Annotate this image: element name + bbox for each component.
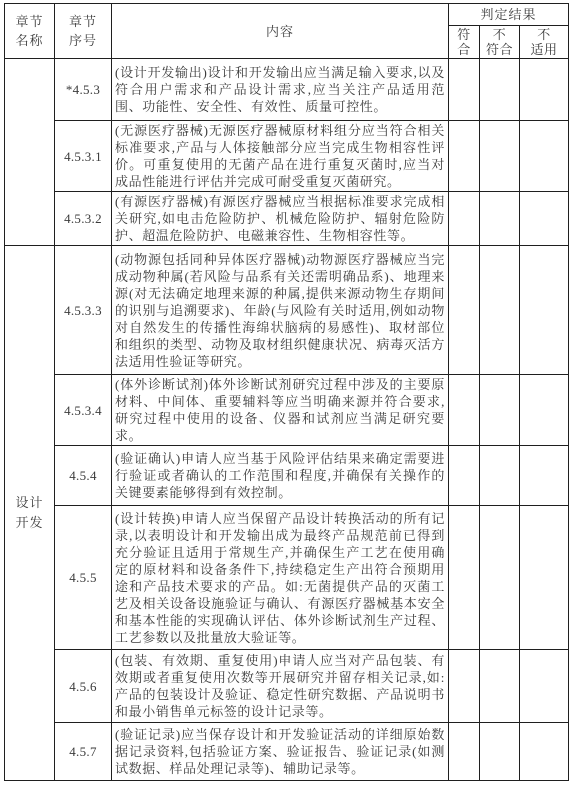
not-applicable-cell bbox=[520, 723, 569, 781]
header-chapter-name: 章节 名称 bbox=[5, 4, 55, 59]
not-conform-cell bbox=[480, 121, 520, 192]
table-row: *4.5.3 (设计开发输出)设计和开发输出应当满足输入要求,以及符合用户需求和… bbox=[5, 59, 569, 121]
table-row: 4.5.3.4 (体外诊断试剂)体外诊断试剂研究过程中涉及的主要原材料、中间体、… bbox=[5, 375, 569, 446]
table-row: 4.5.5 (设计转换)申请人应当保留产品设计转换活动的所有记录,以表明设计和开… bbox=[5, 506, 569, 650]
content-cell: (包装、有效期、重复使用)申请人应当对产品包装、有效期或者重复使用次数等开展研究… bbox=[112, 650, 449, 723]
conform-cell bbox=[449, 650, 480, 723]
conform-cell bbox=[449, 246, 480, 375]
chapter-number-cell: 4.5.7 bbox=[55, 723, 112, 781]
conform-cell bbox=[449, 446, 480, 506]
assessment-table: 章节 名称 章节 序号 内容 判定结果 符 合 不 符合 不 适用 *4.5.3… bbox=[4, 3, 569, 781]
not-conform-cell bbox=[480, 446, 520, 506]
conform-cell bbox=[449, 375, 480, 446]
chapter-name-cell-design-development: 设计 开发 bbox=[5, 246, 55, 781]
content-cell: (验证确认)申请人应当基于风险评估结果来确定需要进行验证或者确认的工作范围和程度… bbox=[112, 446, 449, 506]
header-content: 内容 bbox=[112, 4, 449, 59]
not-applicable-cell bbox=[520, 375, 569, 446]
table-row: 4.5.3.1 (无源医疗器械)无源医疗器械原材料组分应当符合相关标准要求,产品… bbox=[5, 121, 569, 192]
not-conform-cell bbox=[480, 506, 520, 650]
not-conform-cell bbox=[480, 723, 520, 781]
table-row: 设计 开发 4.5.3.3 (动物源包括同种异体医疗器械)动物源医疗器械应当完成… bbox=[5, 246, 569, 375]
not-applicable-cell bbox=[520, 506, 569, 650]
conform-cell bbox=[449, 506, 480, 650]
header-row-top: 章节 名称 章节 序号 内容 判定结果 bbox=[5, 4, 569, 26]
not-applicable-cell bbox=[520, 192, 569, 246]
table-row: 4.5.3.2 (有源医疗器械)有源医疗器械应当根据标准要求完成相关研究,如电击… bbox=[5, 192, 569, 246]
table-row: 4.5.7 (验证记录)应当保存设计和开发验证活动的详细原始数据记录资料,包括验… bbox=[5, 723, 569, 781]
conform-cell bbox=[449, 192, 480, 246]
chapter-number-cell: 4.5.3.2 bbox=[55, 192, 112, 246]
content-cell: (无源医疗器械)无源医疗器械原材料组分应当符合相关标准要求,产品与人体接触部分应… bbox=[112, 121, 449, 192]
chapter-number-cell: 4.5.4 bbox=[55, 446, 112, 506]
conform-cell bbox=[449, 723, 480, 781]
not-conform-cell bbox=[480, 59, 520, 121]
not-conform-cell bbox=[480, 192, 520, 246]
content-cell: (有源医疗器械)有源医疗器械应当根据标准要求完成相关研究,如电击危险防护、机械危… bbox=[112, 192, 449, 246]
table-row: 4.5.6 (包装、有效期、重复使用)申请人应当对产品包装、有效期或者重复使用次… bbox=[5, 650, 569, 723]
header-judgment-result: 判定结果 bbox=[449, 4, 569, 26]
content-cell: (设计开发输出)设计和开发输出应当满足输入要求,以及符合用户需求和产品设计需求,… bbox=[112, 59, 449, 121]
not-conform-cell bbox=[480, 246, 520, 375]
chapter-number-cell: 4.5.5 bbox=[55, 506, 112, 650]
not-applicable-cell bbox=[520, 121, 569, 192]
content-cell: (验证记录)应当保存设计和开发验证活动的详细原始数据记录资料,包括验证方案、验证… bbox=[112, 723, 449, 781]
header-chapter-number: 章节 序号 bbox=[55, 4, 112, 59]
document-page: 章节 名称 章节 序号 内容 判定结果 符 合 不 符合 不 适用 *4.5.3… bbox=[0, 3, 573, 785]
chapter-number-cell: 4.5.3.1 bbox=[55, 121, 112, 192]
chapter-number-cell: 4.5.3.3 bbox=[55, 246, 112, 375]
not-conform-cell bbox=[480, 650, 520, 723]
conform-cell bbox=[449, 59, 480, 121]
chapter-number-cell: 4.5.6 bbox=[55, 650, 112, 723]
header-not-conform: 不 符合 bbox=[480, 26, 520, 59]
table-row: 4.5.4 (验证确认)申请人应当基于风险评估结果来确定需要进行验证或者确认的工… bbox=[5, 446, 569, 506]
not-applicable-cell bbox=[520, 650, 569, 723]
not-applicable-cell bbox=[520, 446, 569, 506]
conform-cell bbox=[449, 121, 480, 192]
not-applicable-cell bbox=[520, 59, 569, 121]
chapter-name-cell-blank bbox=[5, 59, 55, 246]
content-cell: (体外诊断试剂)体外诊断试剂研究过程中涉及的主要原材料、中间体、重要辅料等应当明… bbox=[112, 375, 449, 446]
content-cell: (动物源包括同种异体医疗器械)动物源医疗器械应当完成动物种属(若风险与品系有关还… bbox=[112, 246, 449, 375]
header-not-applicable: 不 适用 bbox=[520, 26, 569, 59]
content-cell: (设计转换)申请人应当保留产品设计转换活动的所有记录,以表明设计和开发输出成为最… bbox=[112, 506, 449, 650]
not-conform-cell bbox=[480, 375, 520, 446]
header-conform: 符 合 bbox=[449, 26, 480, 59]
chapter-number-cell: *4.5.3 bbox=[55, 59, 112, 121]
chapter-number-cell: 4.5.3.4 bbox=[55, 375, 112, 446]
not-applicable-cell bbox=[520, 246, 569, 375]
